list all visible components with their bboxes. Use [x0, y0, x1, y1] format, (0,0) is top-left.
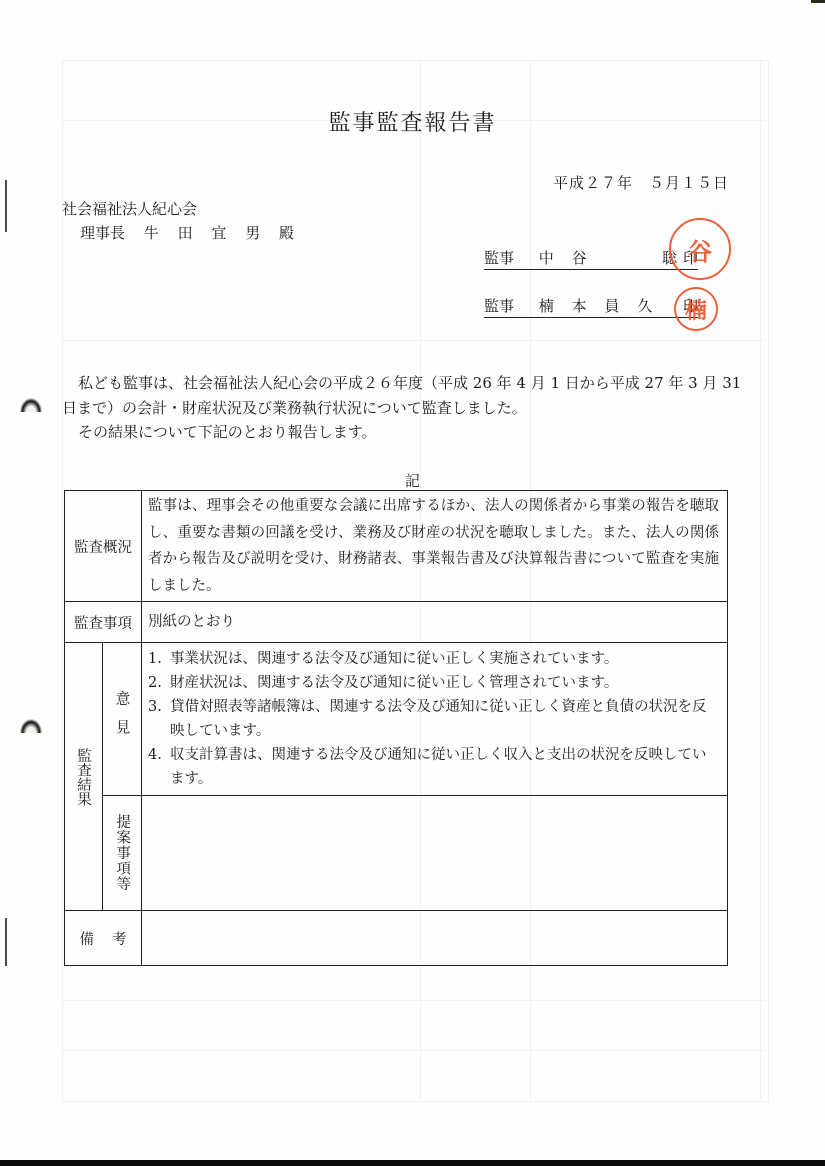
list-text: 貸借対照表等諸帳簿は、関連する法令及び通知に従い正しく資産と負債の状況を反映して… — [170, 699, 707, 739]
opinion-label: 意見 — [112, 691, 133, 748]
ki-heading: 記 — [0, 470, 825, 491]
list-item: 2.財産状況は、関連する法令及び通知に従い正しく管理されています。 — [148, 671, 719, 695]
report-date: 平成２７年 ５月１５日 — [553, 172, 729, 193]
remarks-text — [142, 936, 727, 940]
scan-edge — [0, 1160, 825, 1166]
punch-hole-shadow — [20, 719, 42, 733]
intro-paragraph: 私ども監事は、社会福祉法人紀心会の平成２６年度（平成 26 年 4 月 1 日か… — [62, 371, 742, 420]
list-item: 4.収支計算書は、関連する法令及び通知に従い正しく収入と支出の状況を反映していま… — [148, 743, 719, 791]
table-row-remarks: 備考 — [65, 911, 728, 966]
items-label: 監査事項 — [65, 602, 142, 643]
addressee-position: 理事長 — [80, 224, 125, 242]
proposal-label: 提案事項等 — [115, 814, 130, 892]
scanned-page: 監事監査報告書 平成２７年 ５月１５日 社会福祉法人紀心会 理事長 牛 田 宜 … — [0, 0, 825, 1166]
auditor-name-char: 中 — [539, 247, 554, 268]
table-row-overview: 監査概況 監事は、理事会その他重要な会議に出席するほか、法人の関係者から事業の報… — [65, 491, 728, 602]
remarks-label-char: 備 — [80, 932, 95, 948]
auditor-name-char: 楠 — [539, 295, 554, 316]
items-text: 別紙のとおり — [142, 607, 727, 638]
table-row-items: 監査事項 別紙のとおり — [65, 602, 728, 643]
opinion-label-cell: 意見 — [103, 643, 142, 796]
show-through-line — [760, 60, 761, 1100]
binder-mark — [5, 180, 7, 232]
auditor-name-char: 谷 — [572, 247, 587, 268]
remarks-cell — [142, 911, 728, 966]
opinion-list: 1.事業状況は、関連する法令及び通知に従い正しく実施されています。 2.財産状況… — [142, 644, 727, 794]
document-title: 監事監査報告書 — [0, 106, 825, 137]
auditor-signature-2: 監事 楠 本 員 久 印 — [484, 295, 698, 318]
seal-glyph: 谷 — [688, 232, 712, 267]
addressee-name-char: 牛 — [144, 224, 159, 242]
list-number: 3. — [148, 695, 170, 719]
list-text: 財産状況は、関連する法令及び通知に従い正しく管理されています。 — [170, 675, 618, 691]
remarks-label-char: 考 — [112, 932, 127, 948]
addressee-line: 理事長 牛 田 宜 男 殿 — [80, 222, 308, 243]
list-number: 1. — [148, 647, 170, 671]
list-text: 収支計算書は、関連する法令及び通知に従い正しく収入と支出の状況を反映しています。 — [170, 747, 707, 787]
punch-hole-shadow — [20, 398, 42, 412]
table-row-proposal: 提案事項等 — [65, 796, 728, 911]
proposal-cell — [142, 796, 728, 911]
list-item: 3.貸借対照表等諸帳簿は、関連する法令及び通知に従い正しく資産と負債の状況を反映… — [148, 695, 719, 743]
overview-cell: 監事は、理事会その他重要な会議に出席するほか、法人の関係者から事業の報告を聴取し… — [142, 491, 728, 602]
auditor-name-char: 本 — [572, 295, 587, 316]
list-text: 事業状況は、関連する法令及び通知に従い正しく実施されています。 — [170, 651, 618, 667]
overview-text: 監事は、理事会その他重要な会議に出席するほか、法人の関係者から事業の報告を聴取し… — [142, 491, 727, 601]
proposal-label-cell: 提案事項等 — [103, 796, 142, 911]
result-label: 監査結果 — [73, 748, 94, 806]
seal-glyph: 楠 — [685, 294, 707, 325]
proposal-text — [142, 851, 727, 855]
auditor-signature-1: 監事 中 谷 聡 印 — [484, 247, 698, 270]
audit-report-table: 監査概況 監事は、理事会その他重要な会議に出席するほか、法人の関係者から事業の報… — [64, 490, 728, 966]
auditor-name-char: 久 — [637, 295, 652, 316]
list-number: 4. — [148, 743, 170, 767]
show-through-line — [62, 1000, 767, 1001]
result-intro-paragraph: その結果について下記のとおり報告します。 — [62, 420, 742, 445]
list-number: 2. — [148, 671, 170, 695]
show-through-line — [62, 340, 767, 341]
scan-edge — [811, 0, 825, 3]
addressee-organization: 社会福祉法人紀心会 — [62, 198, 197, 219]
opinion-cell: 1.事業状況は、関連する法令及び通知に従い正しく実施されています。 2.財産状況… — [142, 643, 728, 796]
red-seal-stamp-icon: 楠 — [674, 287, 718, 331]
items-cell: 別紙のとおり — [142, 602, 728, 643]
addressee-name-char: 田 — [178, 224, 193, 242]
binder-mark — [5, 918, 7, 966]
auditor-role: 監事 — [484, 249, 514, 267]
show-through-line — [62, 1050, 767, 1051]
table-row-opinion: 監査結果 意見 1.事業状況は、関連する法令及び通知に従い正しく実施されています… — [65, 643, 728, 796]
list-item: 1.事業状況は、関連する法令及び通知に従い正しく実施されています。 — [148, 647, 719, 671]
result-label-cell: 監査結果 — [65, 643, 103, 911]
auditor-name-char: 員 — [604, 295, 619, 316]
red-seal-stamp-icon: 谷 — [669, 218, 731, 280]
overview-label: 監査概況 — [65, 491, 142, 602]
auditor-role: 監事 — [484, 297, 514, 315]
addressee-honorific: 殿 — [279, 224, 294, 242]
addressee-name-char: 宜 — [211, 224, 226, 242]
remarks-label: 備考 — [65, 911, 142, 966]
addressee-name-char: 男 — [245, 224, 260, 242]
